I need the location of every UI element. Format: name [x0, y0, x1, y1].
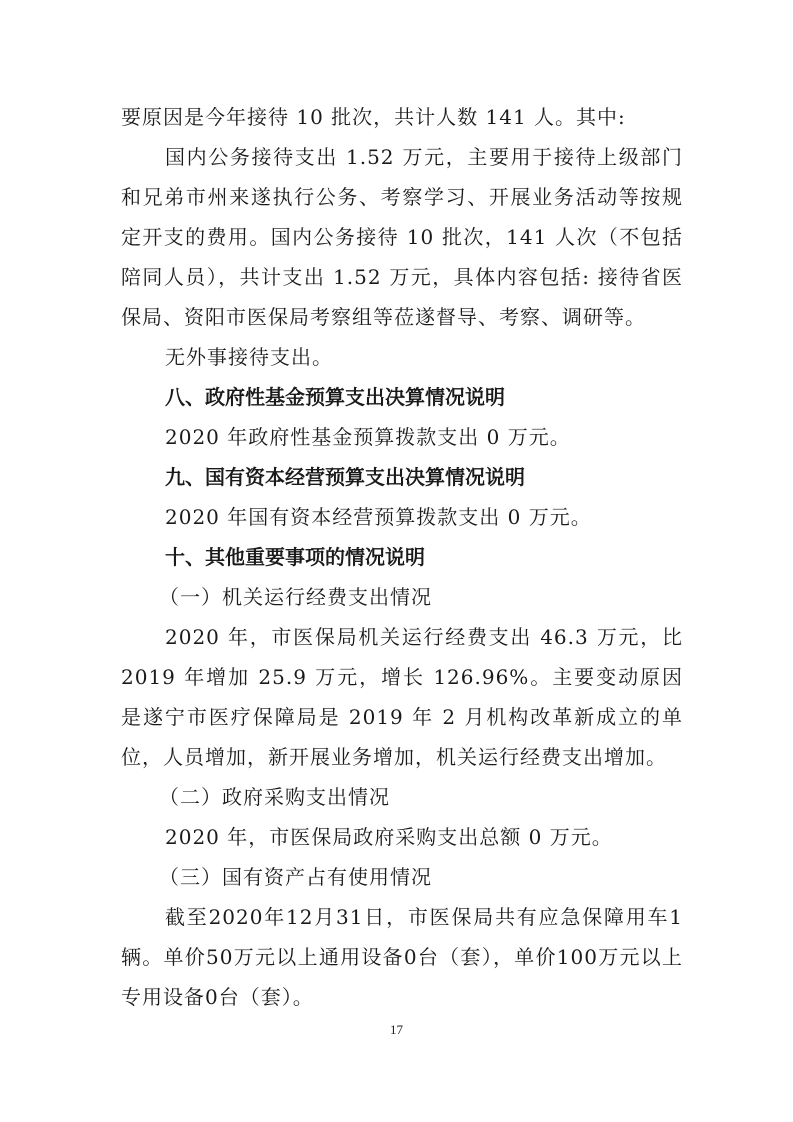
paragraph-state-assets: 截至2020年12月31日，市医保局共有应急保障用车1辆。单价50万元以上通用设… — [121, 897, 683, 1017]
paragraph-gov-fund: 2020 年政府性基金预算拨款支出 0 万元。 — [121, 417, 683, 457]
subheading-state-assets: （三）国有资产占有使用情况 — [121, 857, 683, 897]
subheading-operating-expenses: （一）机关运行经费支出情况 — [121, 577, 683, 617]
paragraph-reception-summary: 要原因是今年接待 10 批次，共计人数 141 人。其中: — [121, 97, 683, 137]
paragraph-domestic-reception: 国内公务接待支出 1.52 万元，主要用于接待上级部门和兄弟市州来遂执行公务、考… — [121, 137, 683, 337]
heading-section-10: 十、其他重要事项的情况说明 — [121, 537, 683, 577]
paragraph-operating-expenses: 2020 年，市医保局机关运行经费支出 46.3 万元，比 2019 年增加 2… — [121, 617, 683, 777]
page-number: 17 — [0, 1022, 793, 1038]
heading-section-8: 八、政府性基金预算支出决算情况说明 — [121, 377, 683, 417]
paragraph-procurement: 2020 年，市医保局政府采购支出总额 0 万元。 — [121, 817, 683, 857]
heading-section-9: 九、国有资本经营预算支出决算情况说明 — [121, 457, 683, 497]
subheading-procurement: （二）政府采购支出情况 — [121, 777, 683, 817]
document-page: 要原因是今年接待 10 批次，共计人数 141 人。其中: 国内公务接待支出 1… — [121, 97, 683, 1017]
paragraph-state-capital: 2020 年国有资本经营预算拨款支出 0 万元。 — [121, 497, 683, 537]
paragraph-no-foreign-reception: 无外事接待支出。 — [121, 337, 683, 377]
